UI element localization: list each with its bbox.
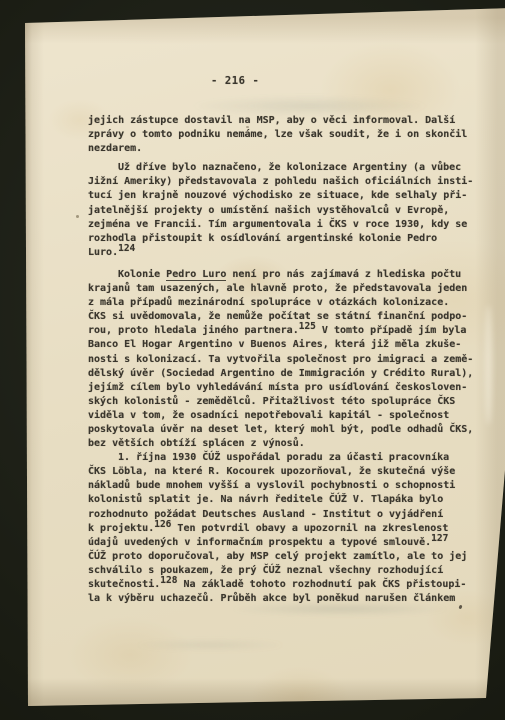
text-line: jatelnější projekty o umístění našich vy… [88,204,488,218]
text-line: bez větších obtíží splácen z výnosů. [88,437,488,451]
text-segment: nezdarem. [88,143,142,154]
underlined-text: Pedro Luro [166,269,226,281]
text-line: rou, proto hledala jiného partnera.125 V… [88,324,488,338]
text-line: dělský úvěr (Sociedad Argentino de Immig… [88,367,488,381]
paragraph: jejich zástupce dostavil na MSP, aby o v… [88,114,488,156]
page-number: - 216 - [211,75,259,88]
text-line: nákladů bude mnohem vyšší a vyslovil poc… [88,479,488,493]
text-line: 1. října 1930 ČÚŽ uspořádal poradu za úč… [88,451,488,465]
text-segment: skutečnosti. [88,579,160,590]
text-line: jejímž cílem bylo vyhledávání místa pro … [88,381,488,395]
text-line: ČKS Löbla, na které R. Kocourek upozorňo… [88,465,488,479]
text-segment: údajů uvedených v informačním prospektu … [88,537,431,548]
text-segment: la k výběru uchazečů. Průběh akce byl po… [88,593,455,604]
text-segment: jejich zástupce dostavil na MSP, aby o v… [88,115,455,126]
text-line: ských kolonistů - zemědělců. Přitažlivos… [88,395,488,409]
text-line: nosti s kolonizací. Ta vytvořila společn… [88,353,488,367]
text-segment: poskytovala úvěr na deset let, který moh… [88,424,473,435]
footnote-marker: 127 [431,533,448,544]
text-line: Jižní Ameriky) představovala z pohledu n… [88,175,488,189]
body-text: jejich zástupce dostavil na MSP, aby o v… [88,114,488,606]
text-line: údajů uvedených v informačním prospektu … [88,536,488,550]
text-segment: zejména ve Francii. Tím argumentovala i … [88,219,467,230]
text-line: skutečnosti.128 Na základě tohoto rozhod… [88,578,488,592]
text-segment: bez větších obtíží splácen z výnosů. [88,438,305,449]
text-line: rozhodla přistoupit k osídlování argenti… [88,232,488,246]
text-line: krajanů tam usazených, ale hlavně proto,… [88,282,488,296]
text-segment: není pro nás zajímavá z hlediska počtu [226,269,461,280]
text-segment: Na základě tohoto rozhodnutí pak ČKS při… [177,579,466,590]
text-segment: 1. října 1930 ČÚŽ uspořádal poradu za úč… [118,452,449,463]
text-segment: z mála případů mezinárodní spolupráce v … [88,297,449,308]
text-segment: Ten potvrdil obavy a upozornil na zkresl… [171,523,448,534]
text-line: k projektu.126 Ten potvrdil obavy a upoz… [88,522,488,536]
text-line: Už dříve bylo naznačeno, že kolonizace A… [88,161,488,175]
text-line: nezdarem. [88,142,488,156]
text-line: Banco El Hogar Argentino v Buenos Aires,… [88,338,488,352]
text-segment: nosti s kolonizací. Ta vytvořila společn… [88,354,473,365]
text-line: Kolonie Pedro Luro není pro nás zajímavá… [88,268,488,282]
paper-speck [76,215,79,218]
text-segment: Luro. [88,247,118,258]
paragraph: Kolonie Pedro Luro není pro nás zajímavá… [88,268,488,451]
footnote-marker: 125 [299,321,316,332]
text-segment: schválilo s poukazem, že prý ČÚŽ neznal … [88,565,443,576]
text-segment: Jižní Ameriky) představovala z pohledu n… [88,176,473,187]
footnote-marker: 126 [154,519,171,530]
text-line: Luro.124 [88,246,488,260]
text-segment: ČÚŽ proto doporučoval, aby MSP celý proj… [88,551,467,562]
footnote-marker: 124 [118,243,135,254]
text-segment: V tomto případě jím byla [316,325,467,336]
text-segment: ČKS Löbla, na které R. Kocourek upozorňo… [88,466,455,477]
text-segment: rozhodla přistoupit k osídlování argenti… [88,233,437,244]
document-page: - 216 - jejich zástupce dostavil na MSP,… [0,0,505,720]
text-segment: kolonistů splatit je. Na návrh ředitele … [88,494,443,505]
paragraph: Už dříve bylo naznačeno, že kolonizace A… [88,161,488,260]
text-line: rozhodnuto požádat Deutsches Ausland - I… [88,508,488,522]
text-segment: viděla v tom, že osadníci nepotřebovali … [88,410,449,421]
text-segment: zprávy o tomto podniku nemáme, lze však … [88,129,467,140]
text-line: schválilo s poukazem, že prý ČÚŽ neznal … [88,564,488,578]
footnote-marker: 128 [160,575,177,586]
text-segment: k projektu. [88,523,154,534]
paragraph: 1. října 1930 ČÚŽ uspořádal poradu za úč… [88,451,488,606]
text-segment: krajanů tam usazených, ale hlavně proto,… [88,283,467,294]
text-segment: rou, proto hledala jiného partnera. [88,325,299,336]
text-line: jejich zástupce dostavil na MSP, aby o v… [88,114,488,128]
text-line: la k výběru uchazečů. Průběh akce byl po… [88,592,488,606]
ink-bleedthrough [120,638,300,652]
text-segment: dělský úvěr (Sociedad Argentino de Immig… [88,368,473,379]
text-line: tucí jen krajně nouzové východisko ze si… [88,189,488,203]
text-line: z mála případů mezinárodní spolupráce v … [88,296,488,310]
text-segment: Kolonie [118,269,166,280]
text-line: zejména ve Francii. Tím argumentovala i … [88,218,488,232]
text-segment: ČKS si uvědomovala, že nemůže počítat se… [88,311,467,322]
text-line: kolonistů splatit je. Na návrh ředitele … [88,493,488,507]
text-segment: jejímž cílem bylo vyhledávání místa pro … [88,382,467,393]
text-segment: tucí jen krajně nouzové východisko ze si… [88,190,467,201]
text-segment: Už dříve bylo naznačeno, že kolonizace A… [118,162,461,173]
text-line: poskytovala úvěr na deset let, který moh… [88,423,488,437]
text-line: ČKS si uvědomovala, že nemůže počítat se… [88,310,488,324]
text-line: ČÚŽ proto doporučoval, aby MSP celý proj… [88,550,488,564]
text-line: viděla v tom, že osadníci nepotřebovali … [88,409,488,423]
text-line: zprávy o tomto podniku nemáme, lze však … [88,128,488,142]
text-segment: ských kolonistů - zemědělců. Přitažlivos… [88,396,455,407]
text-segment: jatelnější projekty o umístění našich vy… [88,205,449,216]
text-segment: nákladů bude mnohem vyšší a vyslovil poc… [88,480,455,491]
scan-background: - 216 - jejich zástupce dostavil na MSP,… [0,0,505,720]
text-segment: Banco El Hogar Argentino v Buenos Aires,… [88,339,461,350]
text-segment: rozhodnuto požádat Deutsches Ausland - I… [88,509,443,520]
